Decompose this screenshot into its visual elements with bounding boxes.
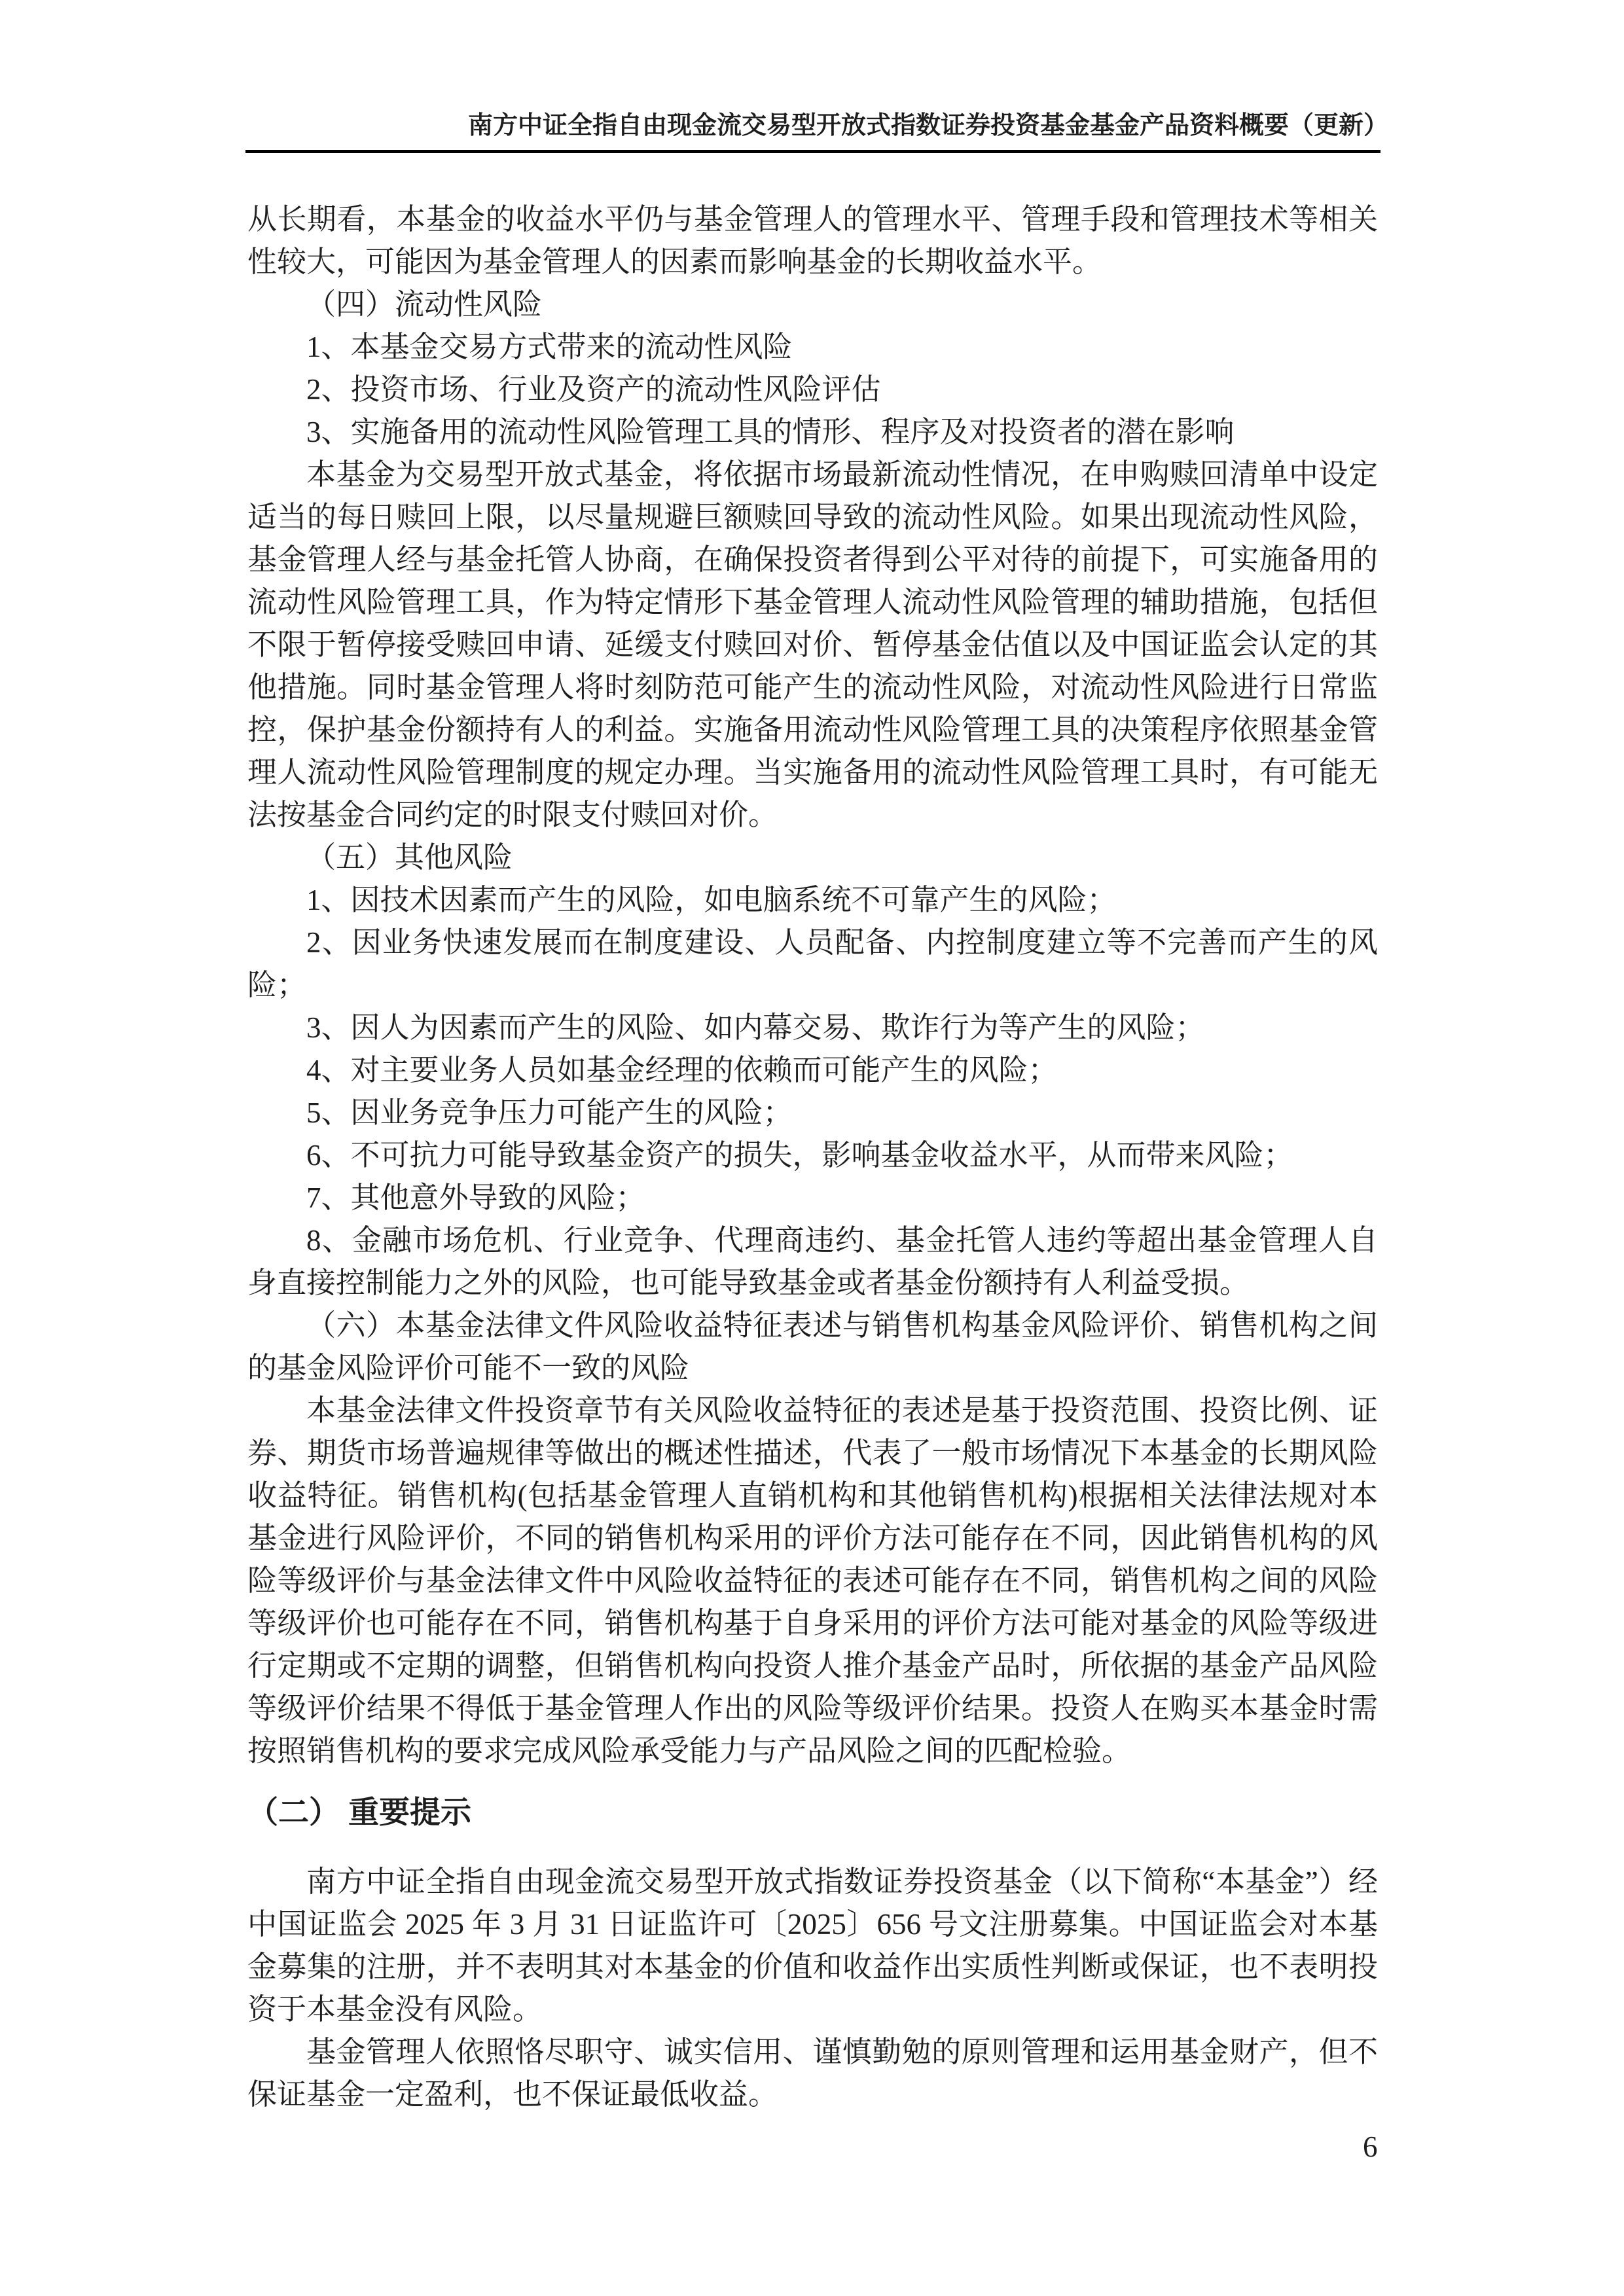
list-item: 2、因业务快速发展而在制度建设、人员配备、内控制度建立等不完善而产生的风险； xyxy=(247,922,1378,1007)
paragraph: 基金管理人依照恪尽职守、诚实信用、谨慎勤勉的原则管理和运用基金财产，但不保证基金… xyxy=(247,2031,1378,2116)
header-title: 南方中证全指自由现金流交易型开放式指数证券投资基金基金产品资料概要（更新） xyxy=(247,110,1388,141)
document-page: 南方中证全指自由现金流交易型开放式指数证券投资基金基金产品资料概要（更新） 从长… xyxy=(0,0,1624,2296)
list-item: 6、不可抗力可能导致基金资产的损失，影响基金收益水平，从而带来风险； xyxy=(247,1134,1378,1177)
subsection-heading-rating-mismatch-risk: （六）本基金法律文件风险收益特征表述与销售机构基金风险评价、销售机构之间的基金风… xyxy=(247,1304,1378,1390)
list-item: 7、其他意外导致的风险； xyxy=(247,1177,1378,1219)
list-item: 1、本基金交易方式带来的流动性风险 xyxy=(247,326,1378,368)
page-number: 6 xyxy=(1363,2130,1378,2163)
subsection-heading-other-risk: （五）其他风险 xyxy=(247,836,1378,879)
list-item: 3、因人为因素而产生的风险、如内幕交易、欺诈行为等产生的风险； xyxy=(247,1007,1378,1049)
list-item: 3、实施备用的流动性风险管理工具的情形、程序及对投资者的潜在影响 xyxy=(247,411,1378,454)
paragraph: 南方中证全指自由现金流交易型开放式指数证券投资基金（以下简称“本基金”）经中国证… xyxy=(247,1861,1378,2031)
paragraph: 本基金为交易型开放式基金，将依据市场最新流动性情况，在申购赎回清单中设定适当的每… xyxy=(247,454,1378,836)
section-heading-important-notice: （二） 重要提示 xyxy=(247,1791,1378,1833)
list-item: 1、因技术因素而产生的风险，如电脑系统不可靠产生的风险； xyxy=(247,879,1378,922)
list-item: 5、因业务竞争压力可能产生的风险； xyxy=(247,1092,1378,1134)
list-item: 2、投资市场、行业及资产的流动性风险评估 xyxy=(247,368,1378,411)
subsection-heading-liquidity-risk: （四）流动性风险 xyxy=(247,283,1378,326)
paragraph: 本基金法律文件投资章节有关风险收益特征的表述是基于投资范围、投资比例、证券、期货… xyxy=(247,1390,1378,1772)
header-rule xyxy=(245,150,1380,153)
paragraph: 从长期看，本基金的收益水平仍与基金管理人的管理水平、管理手段和管理技术等相关性较… xyxy=(247,198,1378,283)
list-item: 4、对主要业务人员如基金经理的依赖而可能产生的风险； xyxy=(247,1049,1378,1092)
list-item: 8、金融市场危机、行业竞争、代理商违约、基金托管人违约等超出基金管理人自身直接控… xyxy=(247,1219,1378,1304)
document-body: 从长期看，本基金的收益水平仍与基金管理人的管理水平、管理手段和管理技术等相关性较… xyxy=(247,198,1378,2116)
